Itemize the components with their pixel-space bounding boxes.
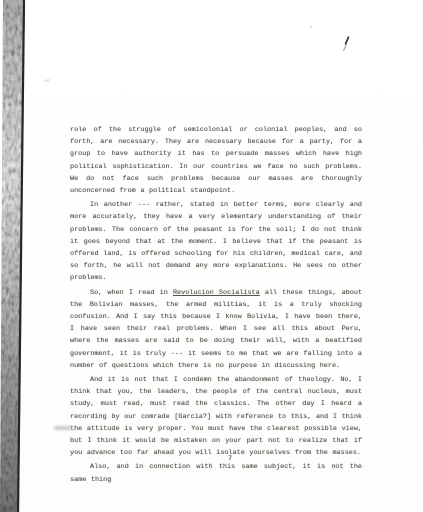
paragraph-continuation: role of the struggle of semicolonial or … bbox=[70, 124, 362, 197]
document-text: role of the struggle of semicolonial or … bbox=[70, 124, 362, 488]
underlined-publication-title: Revolucion Socialista bbox=[173, 289, 260, 297]
page-number: 7 bbox=[228, 455, 232, 463]
paragraph: Also, and in connection with this same s… bbox=[70, 461, 362, 485]
faint-dot-mark bbox=[310, 26, 312, 28]
smudge-mark bbox=[54, 426, 72, 430]
stray-ink-mark bbox=[344, 36, 349, 45]
scan-edge-texture bbox=[0, 0, 30, 512]
paragraph-text: So, when I read in bbox=[90, 289, 173, 297]
speck-mark bbox=[43, 75, 49, 82]
scanned-document-page: role of the struggle of semicolonial or … bbox=[0, 0, 423, 512]
paragraph: So, when I read in Revolucion Socialista… bbox=[70, 287, 362, 372]
paragraph: And it is not that I condemn the abandon… bbox=[70, 374, 362, 459]
paragraph: In another --- rather, stated in better … bbox=[70, 199, 362, 284]
scan-binding-edge bbox=[0, 0, 30, 512]
paragraph-text: all these things, about the Bolivian mas… bbox=[70, 289, 362, 370]
